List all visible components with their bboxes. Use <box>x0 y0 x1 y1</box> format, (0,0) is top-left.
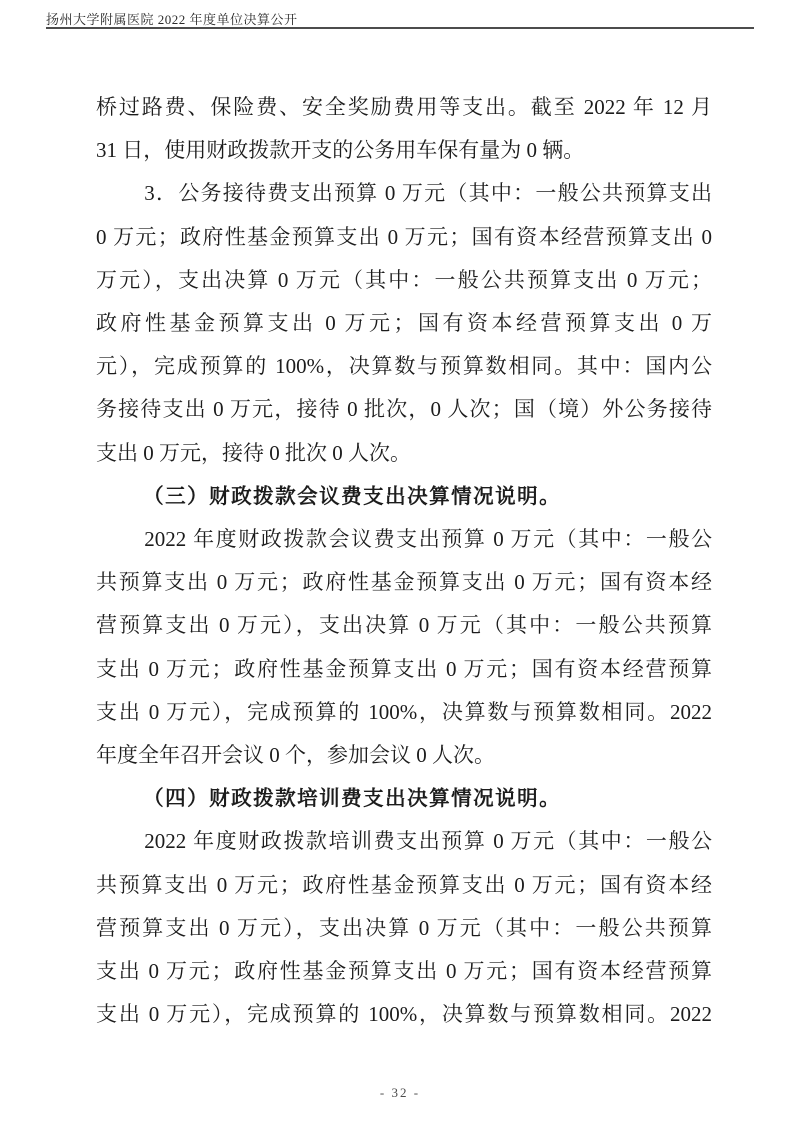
text-line: 支出 0 万元；政府性基金预算支出 0 万元；国有资本经营预算 <box>96 950 712 993</box>
text-line: 支出 0 万元，接待 0 批次 0 人次。 <box>96 432 712 475</box>
text-line: 0 万元；政府性基金预算支出 0 万元；国有资本经营预算支出 0 <box>96 216 712 259</box>
text-line: 共预算支出 0 万元；政府性基金预算支出 0 万元；国有资本经 <box>96 561 712 604</box>
text-line: （四）财政拨款培训费支出决算情况说明。 <box>96 777 712 820</box>
text-line: 31 日，使用财政拨款开支的公务用车保有量为 0 辆。 <box>96 129 712 172</box>
text-line: 政府性基金预算支出 0 万元；国有资本经营预算支出 0 万 <box>96 302 712 345</box>
text-line: （三）财政拨款会议费支出决算情况说明。 <box>96 475 712 518</box>
page-header-title: 扬州大学附属医院 2022 年度单位决算公开 <box>46 9 298 28</box>
text-line: 支出 0 万元），完成预算的 100%，决算数与预算数相同。2022 <box>96 993 712 1036</box>
text-line: 营预算支出 0 万元），支出决算 0 万元（其中：一般公共预算 <box>96 604 712 647</box>
text-line: 支出 0 万元；政府性基金预算支出 0 万元；国有资本经营预算 <box>96 648 712 691</box>
text-line: 2022 年度财政拨款会议费支出预算 0 万元（其中：一般公 <box>96 518 712 561</box>
page-number: - 32 - <box>0 1085 800 1101</box>
document-body: 桥过路费、保险费、安全奖励费用等支出。截至 2022 年 12 月31 日，使用… <box>96 86 712 1036</box>
text-line: 营预算支出 0 万元），支出决算 0 万元（其中：一般公共预算 <box>96 907 712 950</box>
text-line: 万元），支出决算 0 万元（其中：一般公共预算支出 0 万元； <box>96 259 712 302</box>
text-line: 3．公务接待费支出预算 0 万元（其中：一般公共预算支出 <box>96 172 712 215</box>
text-line: 桥过路费、保险费、安全奖励费用等支出。截至 2022 年 12 月 <box>96 86 712 129</box>
text-line: 年度全年召开会议 0 个，参加会议 0 人次。 <box>96 734 712 777</box>
header-rule-divider <box>46 27 754 29</box>
text-line: 支出 0 万元），完成预算的 100%，决算数与预算数相同。2022 <box>96 691 712 734</box>
document-page: 扬州大学附属医院 2022 年度单位决算公开 桥过路费、保险费、安全奖励费用等支… <box>0 0 800 1131</box>
text-line: 元），完成预算的 100%，决算数与预算数相同。其中：国内公 <box>96 345 712 388</box>
text-line: 2022 年度财政拨款培训费支出预算 0 万元（其中：一般公 <box>96 820 712 863</box>
text-line: 共预算支出 0 万元；政府性基金预算支出 0 万元；国有资本经 <box>96 864 712 907</box>
text-line: 务接待支出 0 万元，接待 0 批次，0 人次；国（境）外公务接待 <box>96 388 712 431</box>
